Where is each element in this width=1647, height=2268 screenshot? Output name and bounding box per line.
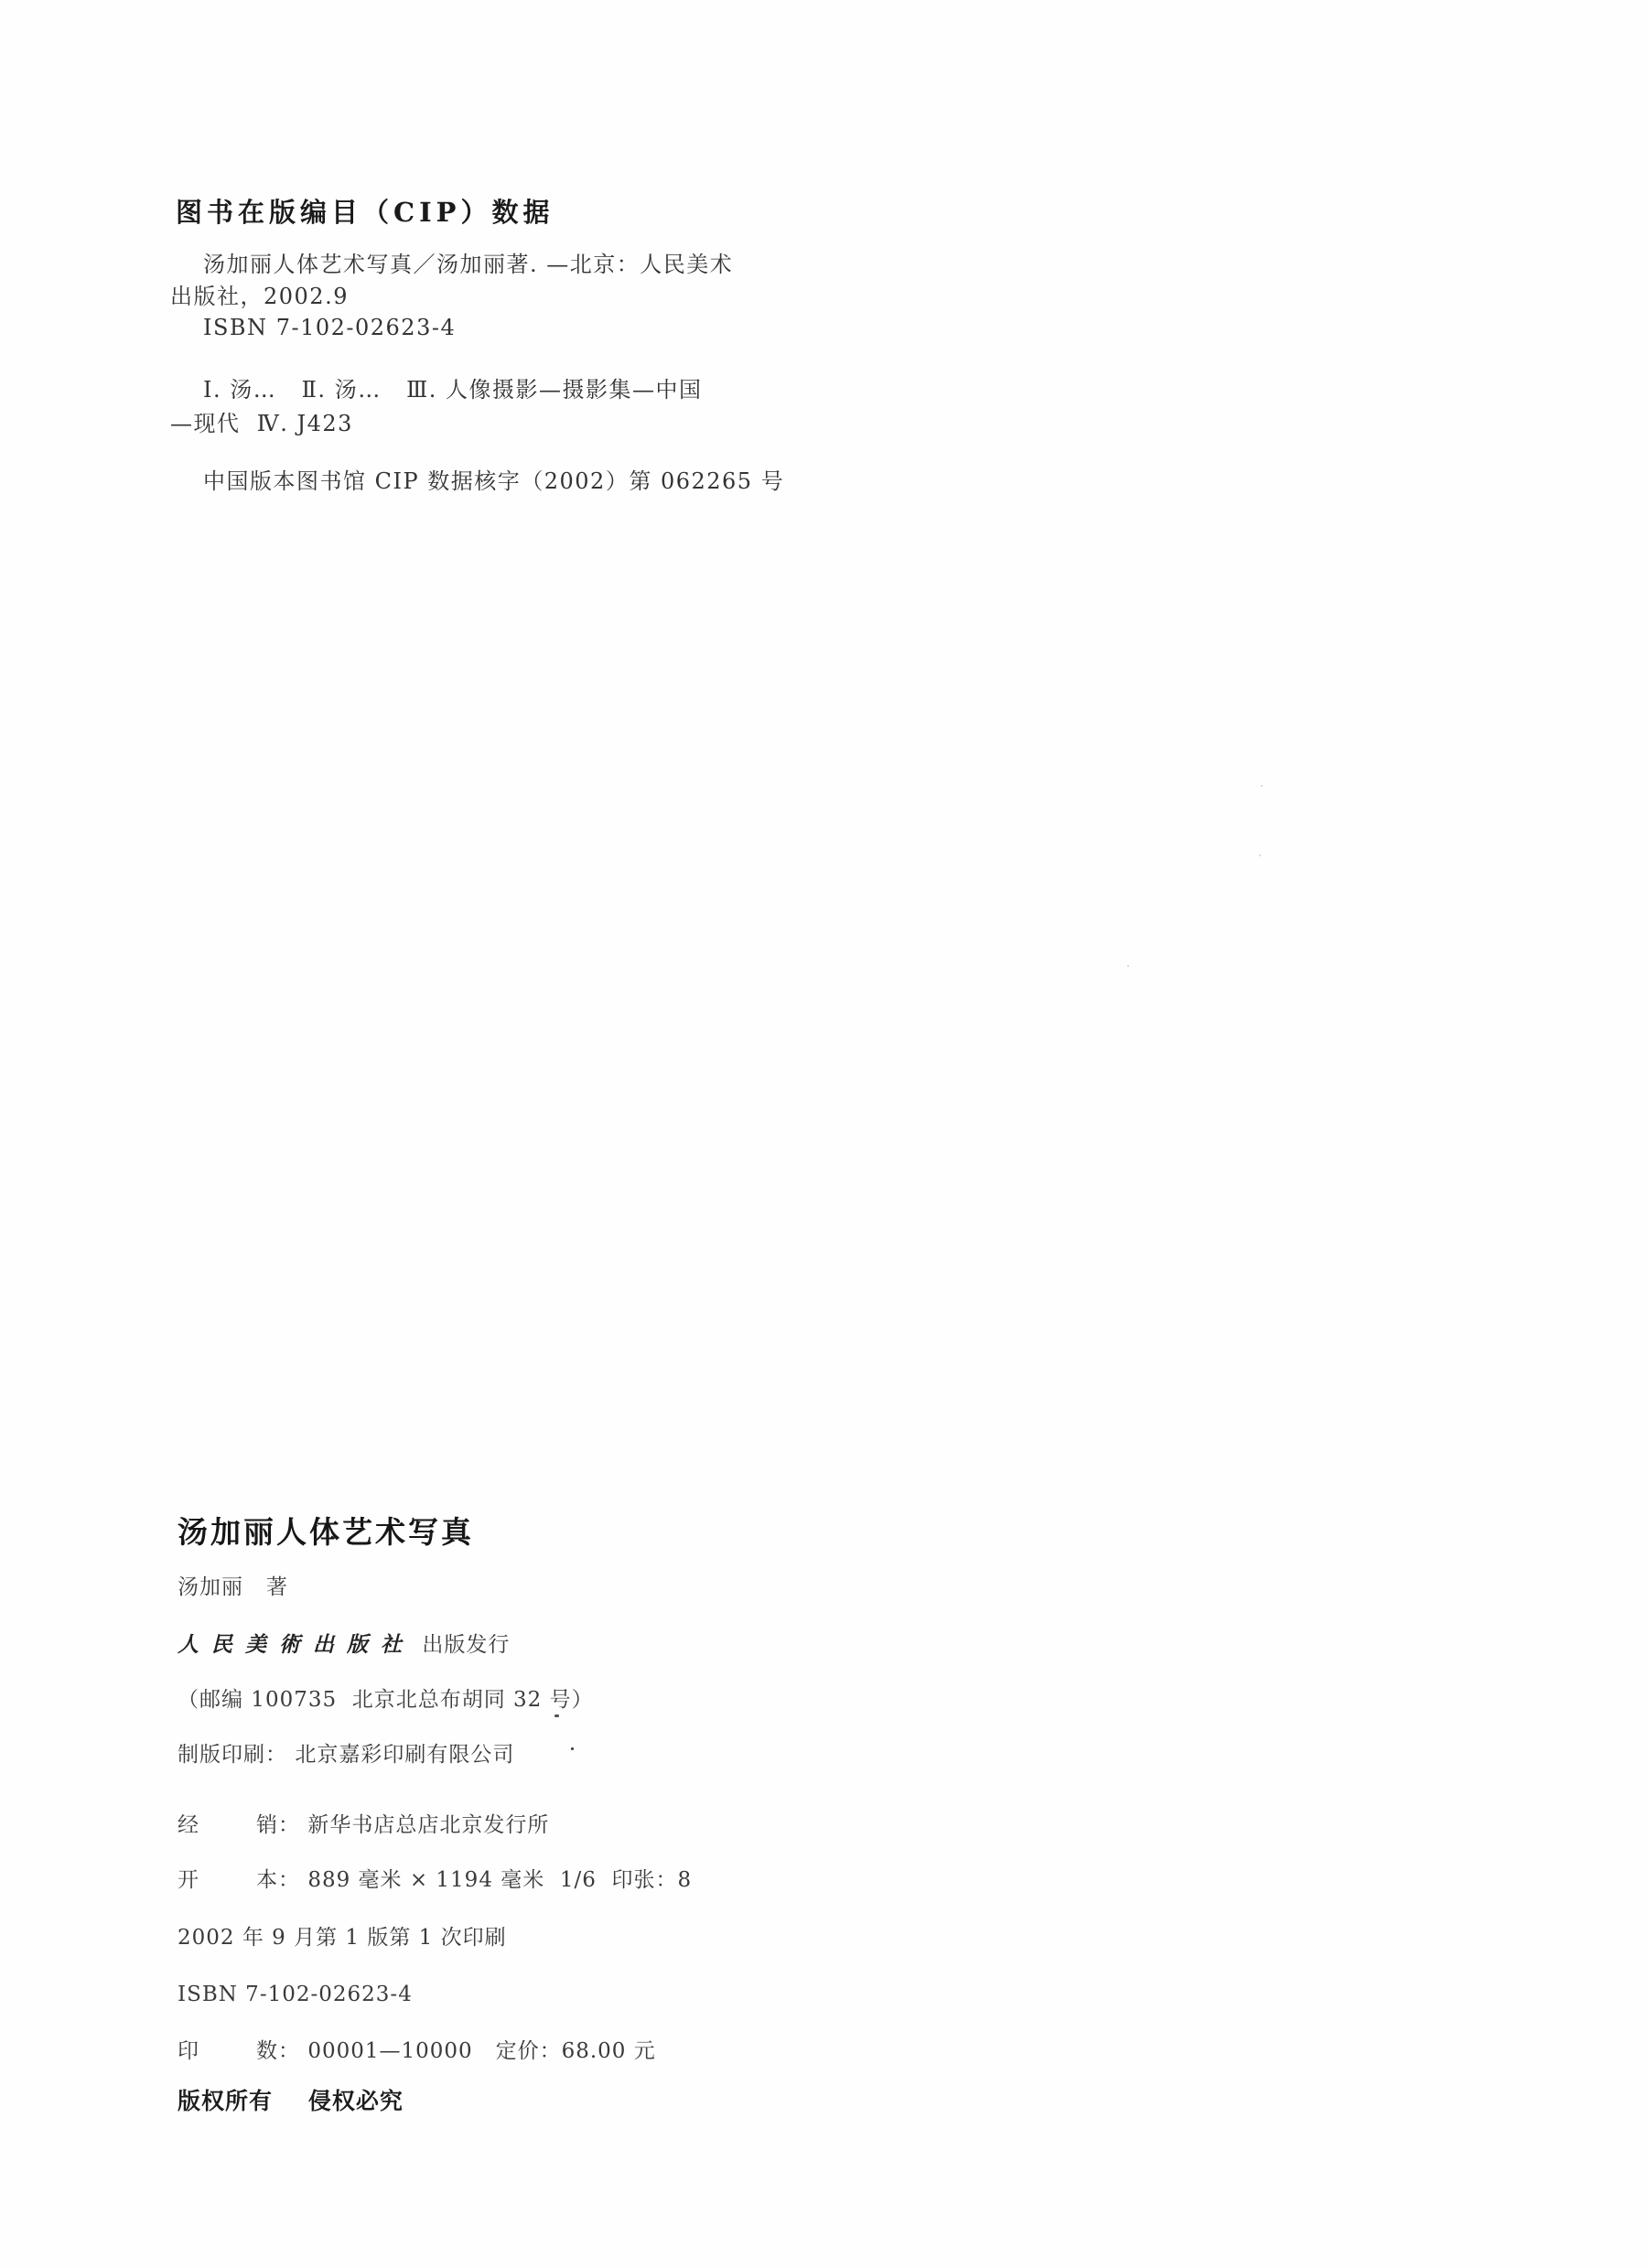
distributor-value: 新华书店总店北京发行所: [307, 1813, 549, 1837]
scan-speck: [1261, 785, 1263, 787]
print-run-line: 印数： 00001—10000 定价：68.00 元: [178, 2041, 656, 2062]
isbn-line: ISBN 7-102-02623-4: [178, 1984, 413, 2005]
book-title: 汤加丽人体艺术写真: [178, 1517, 474, 1547]
distributor-line: 经销： 新华书店总店北京发行所: [178, 1815, 549, 1836]
print-run-value: 00001—10000 定价：68.00 元: [307, 2039, 655, 2063]
scan-speck: [1127, 965, 1129, 967]
distributor-label-a: 经: [178, 1815, 256, 1836]
copyright-page: 图书在版编目（CIP）数据 汤加丽人体艺术写真／汤加丽著. —北京：人民美术 出…: [0, 0, 1647, 2268]
printer-line: 制版印刷： 北京嘉彩印刷有限公司: [178, 1745, 514, 1766]
publisher-line: 人民美術出版社 出版发行: [178, 1634, 510, 1656]
cip-line-title: 汤加丽人体艺术写真／汤加丽著. —北京：人民美术: [203, 253, 733, 275]
print-run-label-a: 印: [178, 2041, 256, 2062]
scan-speck: [571, 1747, 574, 1750]
address-line: （邮编 100735 北京北总布胡同 32 号）: [178, 1690, 594, 1711]
format-value: 889 毫米 × 1194 毫米 1/6 印张：8: [307, 1868, 692, 1892]
format-label-a: 开: [178, 1870, 256, 1891]
author-line: 汤加丽 著: [178, 1577, 288, 1598]
distributor-label-b: 销：: [256, 1813, 300, 1837]
cip-line-isbn: ISBN 7-102-02623-4: [203, 317, 456, 339]
format-label-b: 本：: [256, 1868, 300, 1892]
printer-value: 北京嘉彩印刷有限公司: [295, 1743, 514, 1767]
edition-line: 2002 年 9 月第 1 版第 1 次印刷: [178, 1928, 507, 1949]
cip-line-subjects: Ⅰ. 汤… Ⅱ. 汤… Ⅲ. 人像摄影—摄影集—中国: [203, 379, 702, 401]
scan-speck: [1259, 855, 1261, 856]
cip-line-record-number: 中国版本图书馆 CIP 数据核字（2002）第 062265 号: [203, 470, 784, 492]
cip-line-classification: —现代 Ⅳ. J423: [170, 413, 353, 435]
cip-heading: 图书在版编目（CIP）数据: [176, 199, 554, 226]
print-run-label-b: 数：: [256, 2039, 300, 2063]
scan-speck: [554, 1714, 559, 1717]
format-line: 开本： 889 毫米 × 1194 毫米 1/6 印张：8: [178, 1870, 692, 1891]
cip-line-publisher: 出版社，2002.9: [170, 285, 349, 307]
publisher-logo-text: 人民美術出版社: [178, 1632, 414, 1657]
copyright-notice: 版权所有 侵权必究: [178, 2090, 404, 2112]
printer-label: 制版印刷：: [178, 1743, 287, 1767]
publisher-suffix: 出版发行: [422, 1633, 510, 1657]
